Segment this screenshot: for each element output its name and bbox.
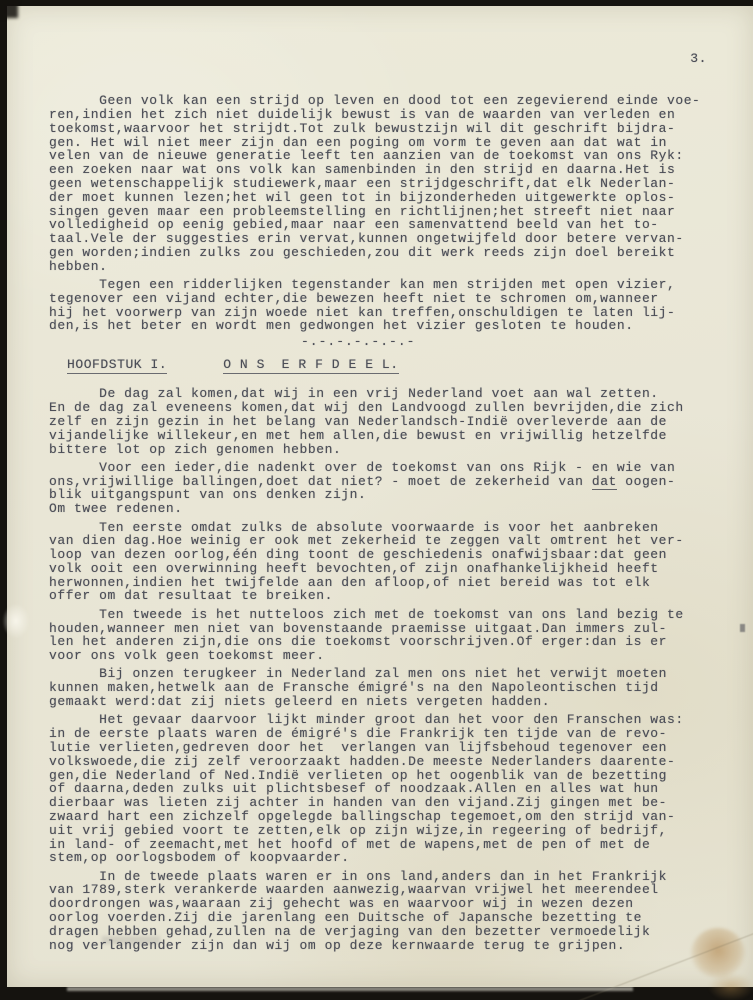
paragraph: Ten eerste omdat zulks de absolute voorw… bbox=[49, 521, 743, 604]
paragraph: Ten tweede is het nutteloos zich met de … bbox=[49, 608, 743, 663]
scanned-document: 3. Geen volk kan een strijd op leven en … bbox=[0, 0, 753, 1000]
paragraph: Voor een ieder,die nadenkt over de toeko… bbox=[49, 461, 743, 516]
document-body: Geen volk kan een strijd op leven en doo… bbox=[49, 94, 743, 952]
paragraph: Het gevaar daarvoor lijkt minder groot d… bbox=[49, 713, 743, 865]
scan-corner-artifact bbox=[0, 0, 18, 18]
chapter-heading: HOOFDSTUK I.O N S E R F D E E L. bbox=[67, 358, 743, 375]
chapter-label: HOOFDSTUK I. bbox=[67, 358, 167, 375]
paragraph: Bij onzen terugkeer in Nederland zal men… bbox=[49, 667, 743, 708]
section-separator: -.-.-.-.-.-.- bbox=[49, 335, 743, 349]
paragraph: De dag zal komen,dat wij in een vrij Ned… bbox=[49, 387, 743, 456]
chapter-title: O N S E R F D E E L. bbox=[223, 358, 398, 375]
paragraph: Tegen een ridderlijken tegenstander kan … bbox=[49, 278, 743, 333]
paper-bottom-edge bbox=[67, 987, 633, 991]
paragraph: In de tweede plaats waren er in ons land… bbox=[49, 870, 743, 953]
page-number: 3. bbox=[49, 52, 743, 67]
paper-edge-chip bbox=[3, 604, 29, 638]
typewritten-text-block: 3. Geen volk kan een strijd op leven en … bbox=[49, 24, 743, 985]
paragraph: Geen volk kan een strijd op leven en doo… bbox=[49, 94, 743, 273]
document-page: 3. Geen volk kan een strijd op leven en … bbox=[7, 6, 753, 987]
